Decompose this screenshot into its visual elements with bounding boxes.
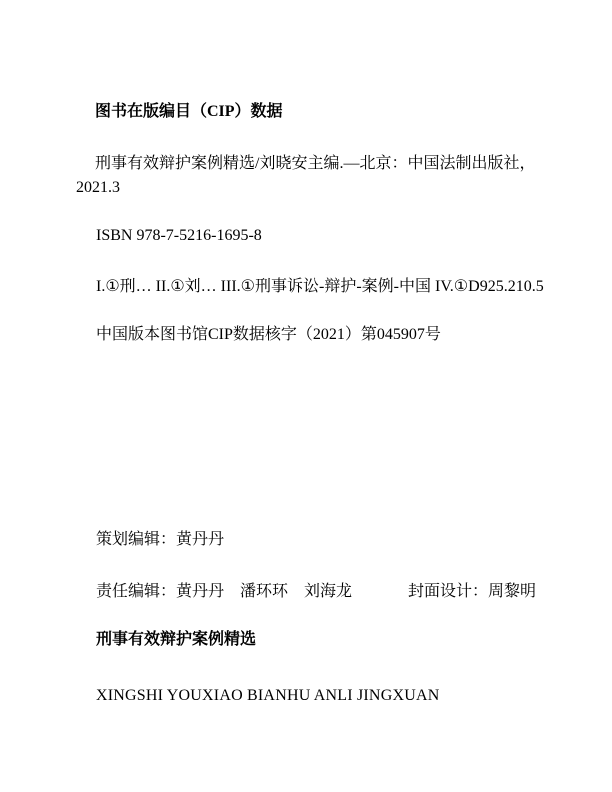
cip-heading: 图书在版编目（CIP）数据 [95, 100, 283, 124]
isbn-line: ISBN 978-7-5216-1695-8 [96, 224, 262, 248]
responsible-editor-label: 责任编辑：黄丹丹 潘环环 刘海龙 [96, 580, 352, 604]
cip-record-number: 中国版本图书馆CIP数据核字（2021）第045907号 [96, 323, 441, 347]
classification-line: I.①刑… II.①刘… III.①刑事诉讼-辩护-案例-中国 IV.①D925… [96, 275, 544, 299]
planning-editor-line: 策划编辑：黄丹丹 [96, 528, 224, 552]
cip-description-line1: 刑事有效辩护案例精选/刘晓安主编.—北京：中国法制出版社， [95, 152, 535, 176]
copyright-page: 图书在版编目（CIP）数据 刑事有效辩护案例精选/刘晓安主编.—北京：中国法制出… [0, 0, 612, 792]
book-title: 刑事有效辩护案例精选 [96, 628, 256, 652]
cip-description-line2: 2021.3 [76, 176, 120, 200]
book-title-pinyin: XINGSHI YOUXIAO BIANHU ANLI JINGXUAN [96, 684, 439, 708]
cover-design-label: 封面设计：周黎明 [408, 580, 536, 604]
